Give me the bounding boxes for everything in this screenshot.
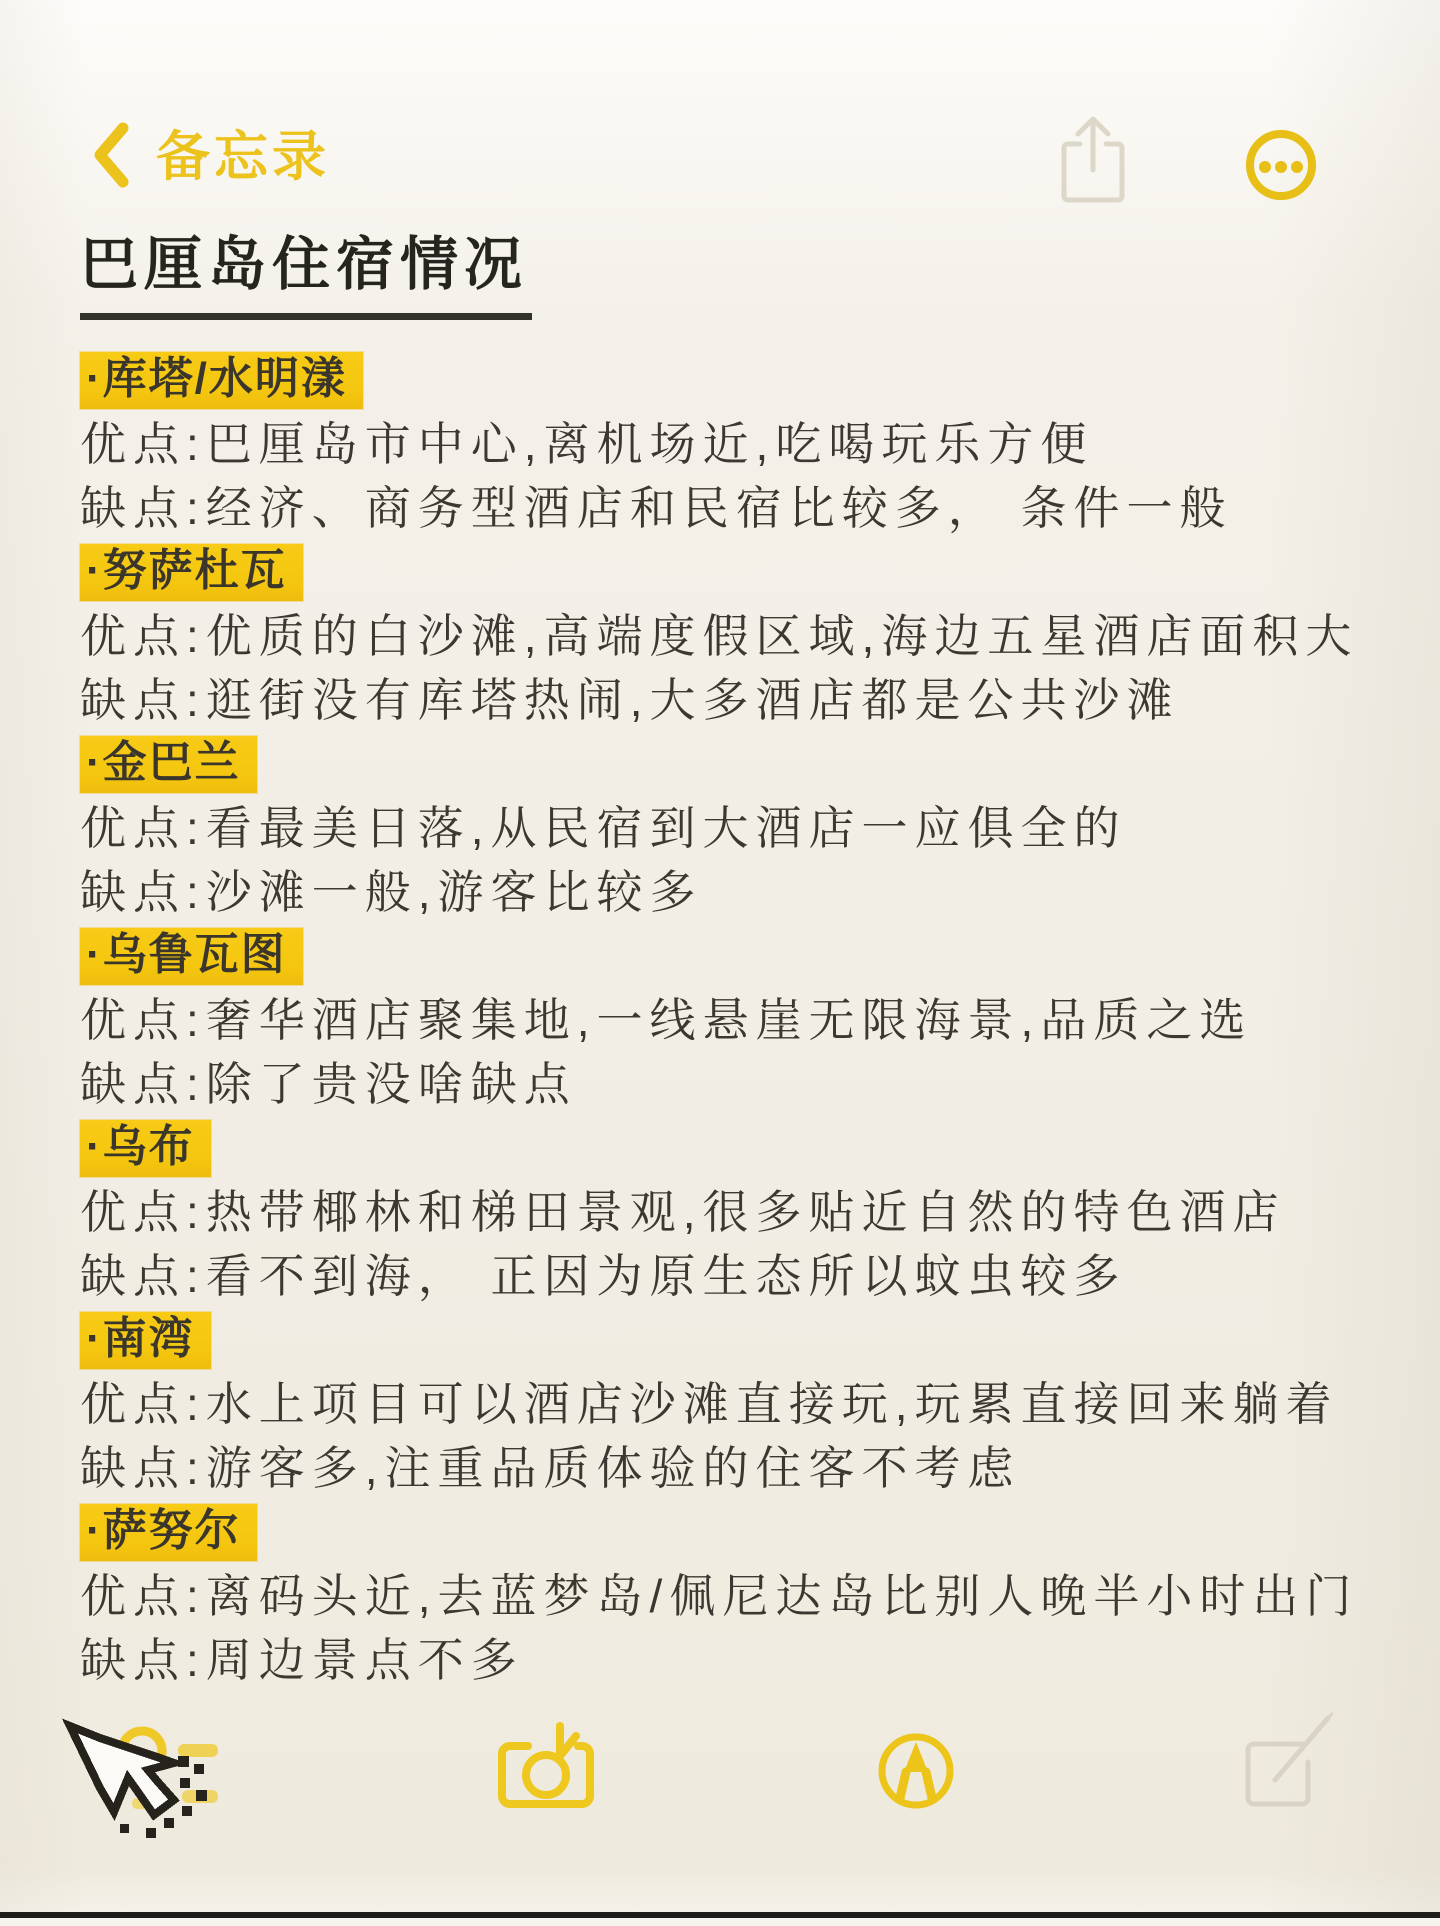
cons-line: 缺点:沙滩一般,游客比较多 xyxy=(80,860,1380,924)
area-chip-label: ·乌布 xyxy=(80,1120,211,1177)
camera-icon xyxy=(494,1720,598,1812)
note-title: 巴厘岛住宿情况 xyxy=(80,232,532,320)
cons-line: 缺点:看不到海， 正因为原生态所以蚊虫较多 xyxy=(80,1244,1380,1308)
cons-line: 缺点:除了贵没啥缺点 xyxy=(80,1052,1380,1116)
compose-button[interactable] xyxy=(1242,1710,1342,1810)
area-section: ·萨努尔 优点:离码头近,去蓝梦岛/佩尼达岛比别人晚半小时出门 缺点:周边景点不… xyxy=(80,1500,1380,1692)
pros-line: 优点:水上项目可以酒店沙滩直接玩,玩累直接回来躺着 xyxy=(80,1372,1380,1436)
area-section: ·乌鲁瓦图 优点:奢华酒店聚集地,一线悬崖无限海景,品质之选 缺点:除了贵没啥缺… xyxy=(80,924,1380,1116)
notes-app-screen: 备忘录 xyxy=(0,0,1440,1926)
cons-line: 缺点:经济、商务型酒店和民宿比较多， 条件一般 xyxy=(80,476,1380,540)
note-editor[interactable]: 巴厘岛住宿情况 ·库塔/水明漾 优点:巴厘岛市中心,离机场近,吃喝玩乐方便 缺点… xyxy=(80,232,1380,1692)
photo-bottom-margin xyxy=(0,1918,1440,1926)
checklist-icon xyxy=(108,1720,228,1820)
back-button[interactable]: 备忘录 xyxy=(92,122,330,188)
area-chip-row: ·萨努尔 xyxy=(80,1500,1380,1564)
bottom-toolbar xyxy=(0,1700,1440,1840)
pros-line: 优点:优质的白沙滩,高端度假区域,海边五星酒店面积大 xyxy=(80,604,1380,668)
area-chip-label: ·库塔/水明漾 xyxy=(80,352,363,409)
area-chip-row: ·金巴兰 xyxy=(80,732,1380,796)
area-section: ·努萨杜瓦 优点:优质的白沙滩,高端度假区域,海边五星酒店面积大 缺点:逛街没有… xyxy=(80,540,1380,732)
area-section: ·乌布 优点:热带椰林和梯田景观,很多贴近自然的特色酒店 缺点:看不到海， 正因… xyxy=(80,1116,1380,1308)
pros-line: 优点:看最美日落,从民宿到大酒店一应俱全的 xyxy=(80,796,1380,860)
ellipsis-circle-icon xyxy=(1243,127,1319,203)
area-chip-row: ·努萨杜瓦 xyxy=(80,540,1380,604)
pros-line: 优点:离码头近,去蓝梦岛/佩尼达岛比别人晚半小时出门 xyxy=(80,1564,1380,1628)
more-button[interactable] xyxy=(1243,127,1319,203)
area-chip-row: ·乌布 xyxy=(80,1116,1380,1180)
cons-line: 缺点:逛街没有库塔热闹,大多酒店都是公共沙滩 xyxy=(80,668,1380,732)
back-button-label: 备忘录 xyxy=(156,126,330,184)
area-section: ·南湾 优点:水上项目可以酒店沙滩直接玩,玩累直接回来躺着 缺点:游客多,注重品… xyxy=(80,1308,1380,1500)
area-chip-row: ·乌鲁瓦图 xyxy=(80,924,1380,988)
area-section: ·金巴兰 优点:看最美日落,从民宿到大酒店一应俱全的 缺点:沙滩一般,游客比较多 xyxy=(80,732,1380,924)
share-button[interactable] xyxy=(1056,112,1130,208)
area-chip-label: ·乌鲁瓦图 xyxy=(80,928,303,985)
compose-icon xyxy=(1242,1710,1342,1810)
cons-line: 缺点:游客多,注重品质体验的住客不考虑 xyxy=(80,1436,1380,1500)
camera-button[interactable] xyxy=(494,1720,598,1812)
pros-line: 优点:巴厘岛市中心,离机场近,吃喝玩乐方便 xyxy=(80,412,1380,476)
markup-button[interactable] xyxy=(876,1730,956,1812)
area-chip-label: ·萨努尔 xyxy=(80,1504,257,1561)
chevron-left-icon xyxy=(92,122,130,188)
pros-line: 优点:热带椰林和梯田景观,很多贴近自然的特色酒店 xyxy=(80,1180,1380,1244)
pros-line: 优点:奢华酒店聚集地,一线悬崖无限海景,品质之选 xyxy=(80,988,1380,1052)
checklist-button[interactable] xyxy=(108,1720,228,1820)
area-chip-row: ·库塔/水明漾 xyxy=(80,348,1380,412)
area-chip-label: ·南湾 xyxy=(80,1312,211,1369)
area-chip-row: ·南湾 xyxy=(80,1308,1380,1372)
area-chip-label: ·努萨杜瓦 xyxy=(80,544,303,601)
nav-bar: 备忘录 xyxy=(0,0,1440,210)
markup-pen-icon xyxy=(876,1730,956,1812)
share-icon xyxy=(1056,112,1130,208)
cons-line: 缺点:周边景点不多 xyxy=(80,1628,1380,1692)
area-chip-label: ·金巴兰 xyxy=(80,736,257,793)
area-section: ·库塔/水明漾 优点:巴厘岛市中心,离机场近,吃喝玩乐方便 缺点:经济、商务型酒… xyxy=(80,348,1380,540)
sections-list: ·库塔/水明漾 优点:巴厘岛市中心,离机场近,吃喝玩乐方便 缺点:经济、商务型酒… xyxy=(80,348,1380,1692)
photo-bottom-edge xyxy=(0,1912,1440,1918)
